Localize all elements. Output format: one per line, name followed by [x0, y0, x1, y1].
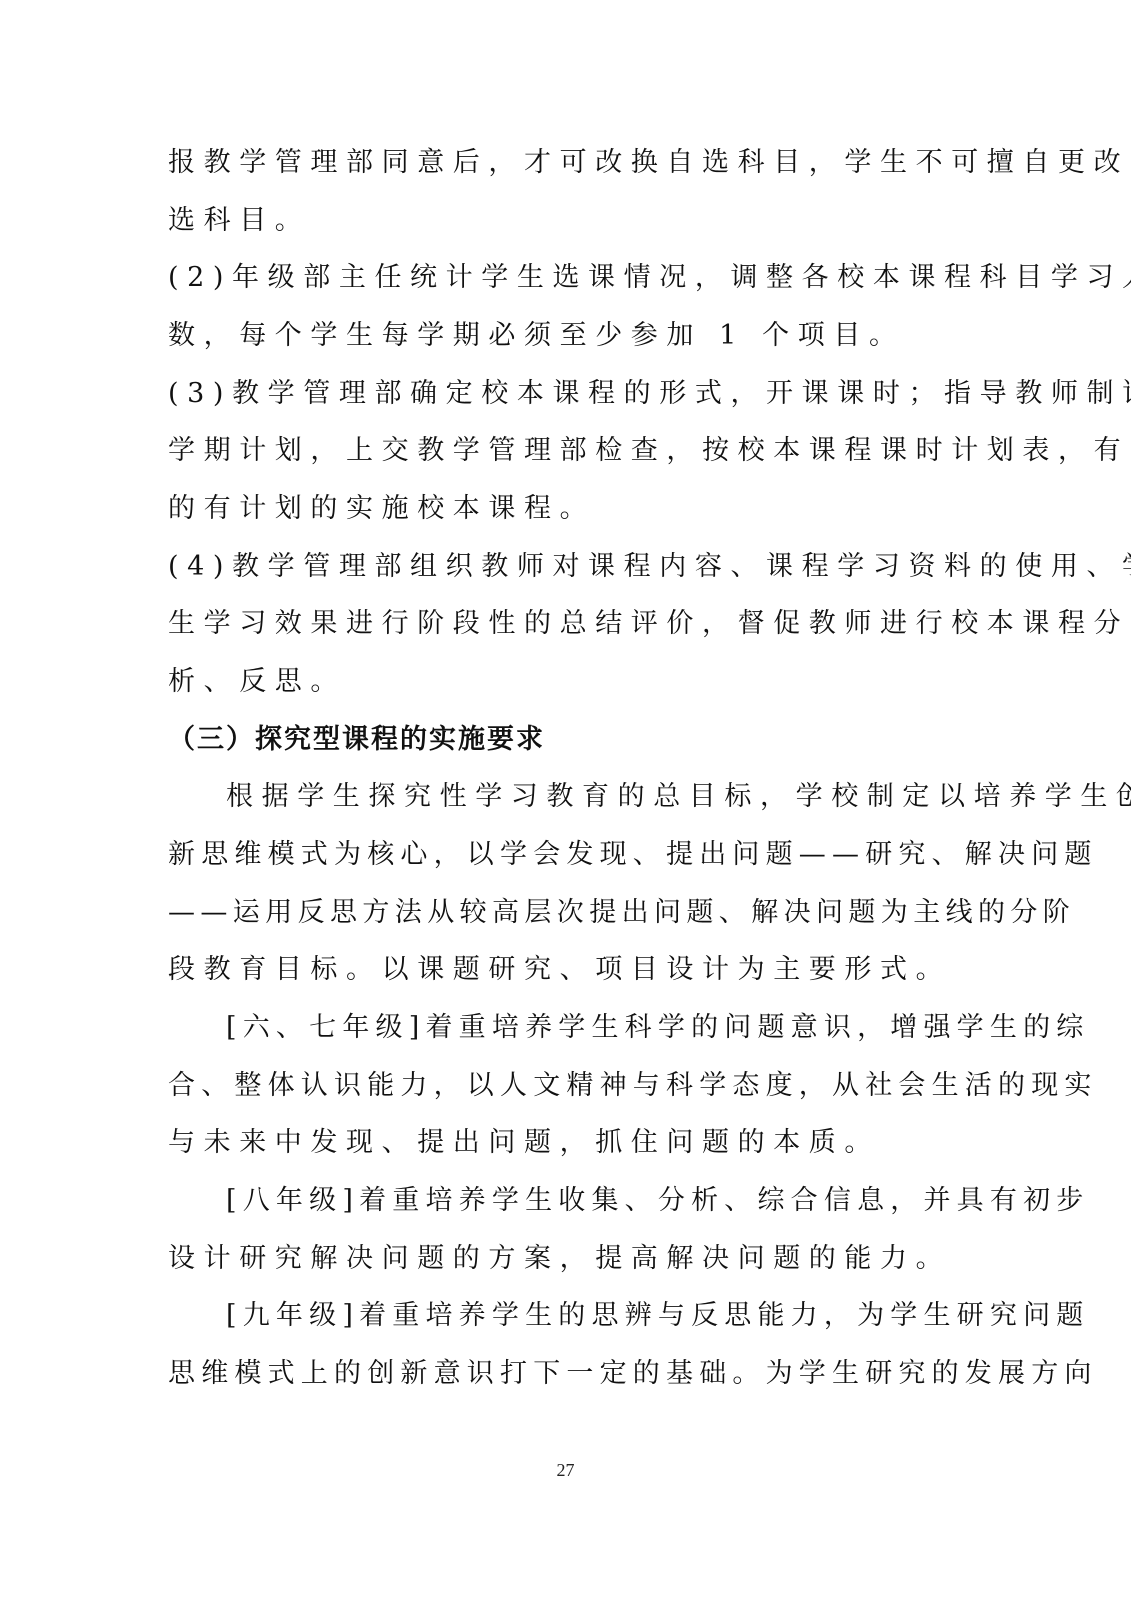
grade-6-7-line: 合、整体认识能力，以人文精神与科学态度，从社会生活的现实: [168, 1066, 948, 1106]
list-item-3-line: 的有计划的实施校本课程。: [168, 489, 948, 529]
list-item-4-line: (4)教学管理部组织教师对课程内容、课程学习资料的使用、学: [168, 547, 948, 587]
grade-6-7-line: [六、七年级]着重培养学生科学的问题意识，增强学生的综: [226, 1008, 948, 1048]
grade-6-7-line: 与未来中发现、提出问题，抓住问题的本质。: [168, 1123, 948, 1163]
list-item-3-line: 学期计划，上交教学管理部检查，按校本课程课时计划表，有目: [168, 431, 948, 471]
page-number: 27: [0, 1458, 1131, 1482]
paragraph-line: 段教育目标。以课题研究、项目设计为主要形式。: [168, 950, 948, 990]
document-page: 报教学管理部同意后，才可改换自选科目，学生不可擅自更改自 选科目。 (2)年级部…: [0, 0, 1131, 1600]
grade-9-line: 思维模式上的创新意识打下一定的基础。为学生研究的发展方向: [168, 1354, 948, 1394]
body-text-line: 报教学管理部同意后，才可改换自选科目，学生不可擅自更改自: [168, 143, 948, 183]
list-item-4-line: 析、反思。: [168, 662, 948, 702]
grade-8-line: 设计研究解决问题的方案，提高解决问题的能力。: [168, 1239, 948, 1279]
paragraph-line: 新思维模式为核心，以学会发现、提出问题——研究、解决问题: [168, 835, 948, 875]
grade-9-line: [九年级]着重培养学生的思辨与反思能力，为学生研究问题: [226, 1296, 948, 1336]
grade-8-line: [八年级]着重培养学生收集、分析、综合信息，并具有初步: [226, 1181, 948, 1221]
body-text-line: 选科目。: [168, 201, 948, 241]
list-item-2-line: (2)年级部主任统计学生选课情况，调整各校本课程科目学习人: [168, 258, 948, 298]
list-item-3-line: (3)教学管理部确定校本课程的形式，开课课时；指导教师制订: [168, 374, 948, 414]
paragraph-line: 根据学生探究性学习教育的总目标，学校制定以培养学生创: [226, 777, 948, 817]
section-heading: （三）探究型课程的实施要求: [168, 720, 948, 760]
list-item-2-line: 数，每个学生每学期必须至少参加 1 个项目。: [168, 316, 948, 356]
list-item-4-line: 生学习效果进行阶段性的总结评价，督促教师进行校本课程分: [168, 604, 948, 644]
paragraph-line: ——运用反思方法从较高层次提出问题、解决问题为主线的分阶: [168, 893, 948, 933]
